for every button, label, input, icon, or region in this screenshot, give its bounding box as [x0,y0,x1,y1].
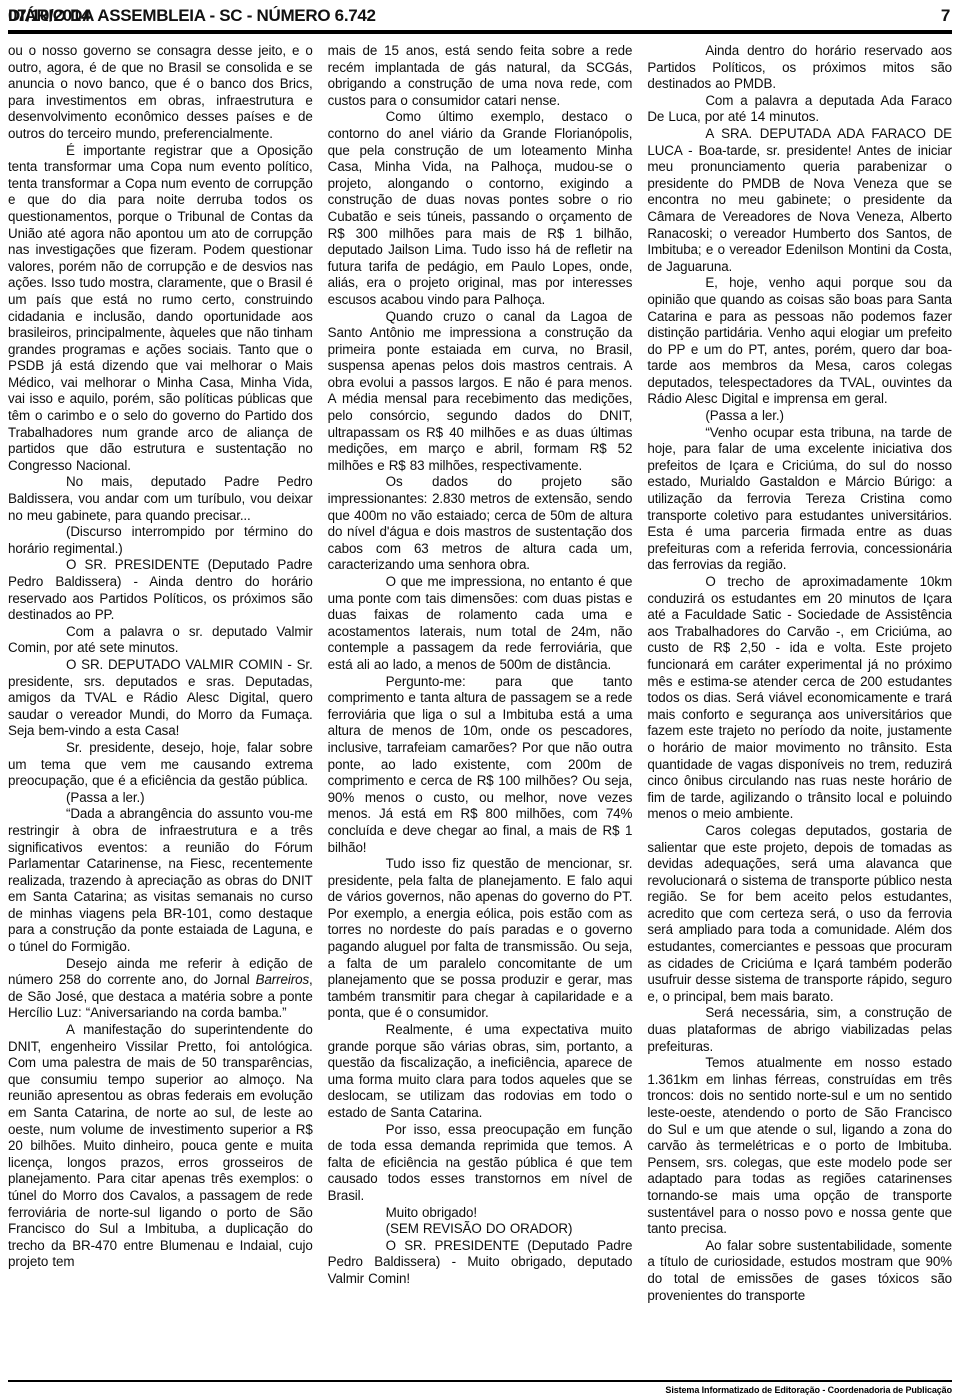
header-rule [8,30,952,34]
paragraph: (Discurso interrompido por término do ho… [8,524,313,557]
page-footer: Sistema Informatizado de Editoração - Co… [8,1380,952,1398]
paragraph: Realmente, é uma expectativa muito grand… [328,1022,633,1122]
paragraph: “Dada a abrangência do assunto vou-me re… [8,806,313,955]
header-page-number: 7 [941,4,950,28]
paragraph: Ainda dentro do horário reservado aos Pa… [647,43,952,93]
paragraph: No mais, deputado Padre Pedro Baldissera… [8,474,313,524]
header-date: 07/10/2014 [8,4,90,28]
paragraph: Com a palavra a deputada Ada Faraco De L… [647,93,952,126]
paragraph: O que me impressiona, no entanto é que u… [328,574,633,674]
paragraph: Os dados do projeto são impressionantes:… [328,474,633,574]
text-column-3: Ainda dentro do horário reservado aos Pa… [647,43,952,1359]
paragraph: Muito obrigado! [328,1205,633,1222]
paragraph: Tudo isso fiz questão de mencionar, sr. … [328,856,633,1022]
footer-text: Sistema Informatizado de Editoração - Co… [8,1382,952,1395]
paragraph: “Venho ocupar esta tribuna, na tarde de … [647,425,952,574]
paragraph: Ao falar sobre sustentabilidade, somente… [647,1238,952,1304]
paragraph: ou o nosso governo se consagra desse jei… [8,43,313,143]
paragraph: E, hoje, venho aqui porque sou da opiniã… [647,275,952,408]
paragraph: A manifestação do superintendente do DNI… [8,1022,313,1271]
paragraph: Desejo ainda me referir à edição de núme… [8,956,313,1022]
paragraph: Será necessária, sim, a construção de du… [647,1005,952,1055]
paragraph: O SR. PRESIDENTE (Deputado Padre Pedro B… [8,557,313,623]
paragraph: Por isso, essa preocupação em função de … [328,1122,633,1205]
text-columns: ou o nosso governo se consagra desse jei… [8,43,952,1359]
paragraph: O SR. DEPUTADO VALMIR COMIN - Sr. presid… [8,657,313,740]
paragraph: Como último exemplo, destaco o contorno … [328,109,633,308]
paragraph: Caros colegas deputados, gostaria de sal… [647,823,952,1006]
paragraph: (Passa a ler.) [8,790,313,807]
italic-text: Barreiros [256,972,309,987]
page-header: 07/10/2014 DIÁRIO DA ASSEMBLEIA - SC - N… [8,4,952,28]
paragraph: O SR. PRESIDENTE (Deputado Padre Pedro B… [328,1238,633,1288]
paragraph: (SEM REVISÃO DO ORADOR) [328,1221,633,1238]
text-column-2: mais de 15 anos, está sendo feita sobre … [328,43,633,1359]
paragraph: É importante registrar que a Oposição te… [8,143,313,475]
paragraph: Sr. presidente, desejo, hoje, falar sobr… [8,740,313,790]
paragraph: mais de 15 anos, está sendo feita sobre … [328,43,633,109]
paragraph: Pergunto-me: para que tanto comprimento … [328,674,633,857]
paragraph: Quando cruzo o canal da Lagoa de Santo A… [328,309,633,475]
text-column-1: ou o nosso governo se consagra desse jei… [8,43,313,1359]
paragraph: (Passa a ler.) [647,408,952,425]
paragraph: O trecho de aproximadamente 10km conduzi… [647,574,952,823]
gazette-page: 07/10/2014 DIÁRIO DA ASSEMBLEIA - SC - N… [0,0,960,1398]
paragraph: A SRA. DEPUTADA ADA FARACO DE LUCA - Boa… [647,126,952,275]
paragraph: Temos atualmente em nosso estado 1.361km… [647,1055,952,1238]
paragraph: Com a palavra o sr. deputado Valmir Comi… [8,624,313,657]
